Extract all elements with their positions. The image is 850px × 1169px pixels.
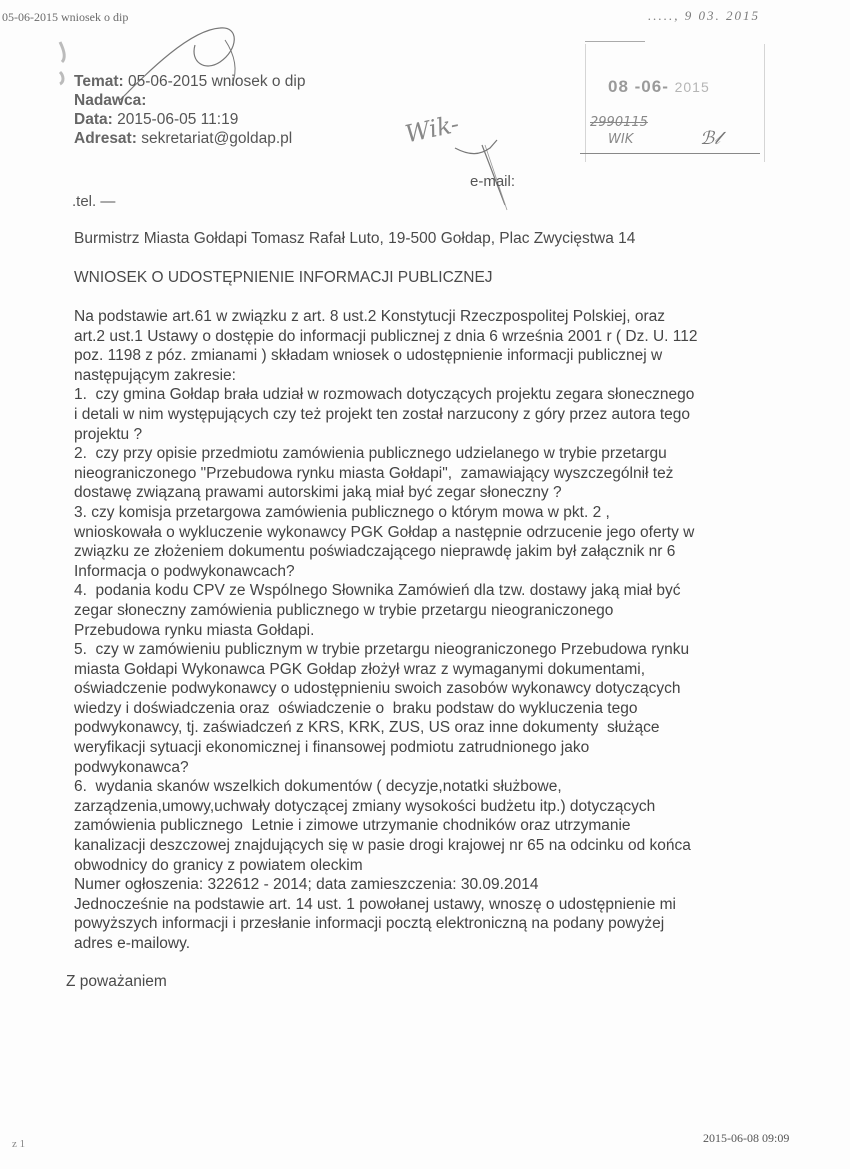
body-line: Numer ogłoszenia: 322612 - 2014; data za… (74, 875, 764, 895)
stamp-date-year: 2015 (675, 79, 710, 95)
stamp-date-day-month: 08 -06- (608, 77, 669, 96)
print-datetime: 2015-06-08 09:09 (703, 1131, 789, 1146)
sender-row: Nadawca: (74, 91, 306, 110)
page-number: z 1 (12, 1138, 25, 1150)
body-line: oświadczenie podwykonawcy o udostępnieni… (74, 679, 764, 699)
handwritten-annotation: Wik- (403, 110, 462, 149)
body-line: adres e-mailowy. (74, 934, 764, 954)
subject-row: Temat: 05-06-2015 wniosek o dip (74, 72, 306, 91)
body-line: 4. podania kodu CPV ze Wspólnego Słownik… (74, 581, 764, 601)
stamp-handwritten-dept: WIK (608, 132, 633, 147)
body-line: podwykonawcy, tj. zaświadczeń z KRS, KRK… (74, 718, 764, 738)
body-line: 2. czy przy opisie przedmiotu zamówienia… (74, 444, 764, 464)
body-line: wnioskowała o wykluczenie wykonawcy PGK … (74, 523, 764, 543)
body-line: 1. czy gmina Gołdap brała udział w rozmo… (74, 385, 764, 405)
addressee: Burmistrz Miasta Gołdapi Tomasz Rafał Lu… (74, 230, 635, 248)
recipient-value: sekretariat@goldap.pl (141, 130, 292, 147)
body-line: Przebudowa rynku miasta Gołdapi. (74, 621, 764, 641)
body-line: obwodnicy do granicy z powiatem oleckim (74, 856, 764, 876)
body-line: Informacja o podwykonawcach? (74, 562, 764, 582)
print-header: 05-06-2015 wniosek o dip (2, 10, 128, 25)
body-line: dostawę związaną prawami autorskimi jaką… (74, 483, 764, 503)
body-line: Na podstawie art.61 w związku z art. 8 u… (74, 307, 764, 327)
contact-email-label: e-mail: (470, 173, 515, 190)
date-value: 2015-06-05 11:19 (117, 111, 238, 128)
date-label: Data: (74, 111, 113, 128)
recipient-label: Adresat: (74, 130, 137, 147)
body-line: weryfikacji sytuacji ekonomicznej i fina… (74, 738, 764, 758)
sender-label: Nadawca: (74, 92, 146, 109)
closing: Z poważaniem (66, 973, 167, 991)
subject-value: 05-06-2015 wniosek o dip (128, 73, 306, 90)
stamp-handwritten-ref: 2990115 (590, 115, 648, 130)
body-line: art.2 ust.1 Ustawy o dostępie do informa… (74, 327, 764, 347)
body-line: poz. 1198 z póz. zmianami ) składam wnio… (74, 346, 764, 366)
subject-label: Temat: (74, 73, 124, 90)
body-line: związku ze złożeniem dokumentu poświadcz… (74, 542, 764, 562)
date-row: Data: 2015-06-05 11:19 (74, 110, 306, 129)
email-metadata: Temat: 05-06-2015 wniosek o dip Nadawca:… (74, 72, 306, 148)
body-line: zegar słoneczny zamówienia publicznego w… (74, 601, 764, 621)
body-line: zamówienia publicznego Letnie i zimowe u… (74, 816, 764, 836)
body-line: wiedzy i doświadczenia oraz oświadczenie… (74, 699, 764, 719)
body-line: i detali w nim występujących czy też pro… (74, 405, 764, 425)
body-line: podwykonawca? (74, 758, 764, 778)
body-line: powyższych informacji i przesłanie infor… (74, 914, 764, 934)
body-line: projektu ? (74, 425, 764, 445)
body-line: 6. wydania skanów wszelkich dokumentów (… (74, 777, 764, 797)
body-line: Jednocześnie na podstawie art. 14 ust. 1… (74, 895, 764, 915)
stamp-note: ....., 9 03. 2015 (648, 8, 760, 24)
recipient-row: Adresat: sekretariat@goldap.pl (74, 129, 306, 148)
body-line: zarządzenia,umowy,uchwały dotyczącej zmi… (74, 797, 764, 817)
body-line: nieograniczonego "Przebudowa rynku miast… (74, 464, 764, 484)
stamp-date: 08 -06- 2015 (608, 77, 710, 97)
body-line: miasta Gołdapi Wykonawca PGK Gołdap złoż… (74, 660, 764, 680)
contact-tel-label: .tel. — (72, 193, 115, 210)
body-line: kanalizacji deszczowej znajdujących się … (74, 836, 764, 856)
body-line: 5. czy w zamówieniu publicznym w trybie … (74, 640, 764, 660)
document-title: WNIOSEK O UDOSTĘPNIENIE INFORMACJI PUBLI… (74, 269, 493, 287)
body-line: 3. czy komisja przetargowa zamówienia pu… (74, 503, 764, 523)
stamp-border (585, 41, 645, 42)
request-body: Na podstawie art.61 w związku z art. 8 u… (74, 307, 764, 954)
stamp-underline (580, 153, 760, 154)
stamp-signature: ℬ𝓁 (700, 128, 720, 149)
body-line: następującym zakresie: (74, 366, 764, 386)
